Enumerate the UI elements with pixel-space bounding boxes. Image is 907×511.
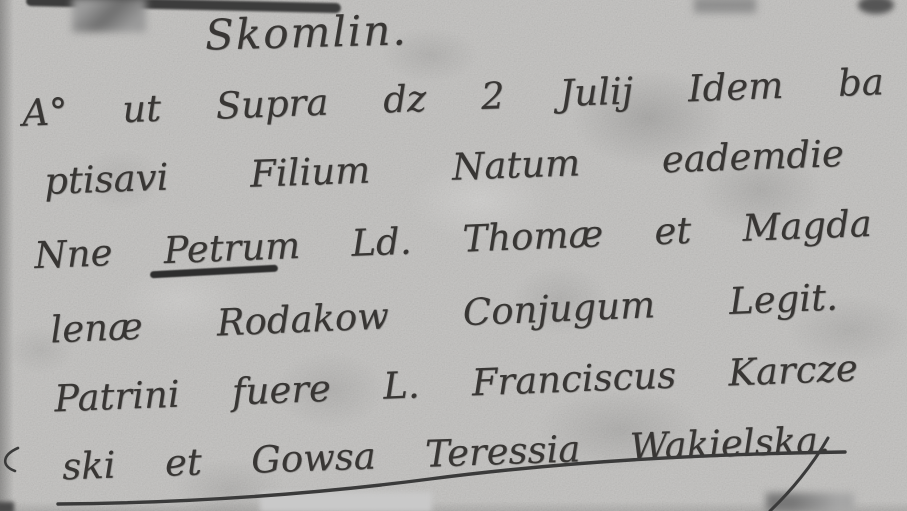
record-line-6: ski et Gowsa Teressia Wakielska.	[61, 419, 830, 489]
top-right-smudge	[858, 0, 894, 14]
record-line-1: A° ut Supra dz 2 Julij Idem ba	[22, 60, 885, 135]
record-line-2: ptisavi Filium Natum eademdie	[43, 132, 844, 203]
register-scan-page: Skomlin. A° ut Supra dz 2 Julij Idem ba …	[0, 0, 907, 511]
entry-heading-place: Skomlin.	[204, 5, 408, 59]
record-line-5: Patrini fuere L. Franciscus Karcze	[53, 347, 858, 421]
blur-patch-top-right	[694, 0, 756, 13]
blur-patch-bottom-left-corner	[0, 502, 14, 511]
record-line-4: lenæ Rodakow Conjugum Legit.	[49, 276, 838, 352]
blur-patch-bottom-center	[260, 492, 432, 511]
blur-patch-bottom-right	[766, 493, 854, 511]
record-line-3: Nne Petrum Ld. Thomæ et Magda	[33, 202, 872, 277]
